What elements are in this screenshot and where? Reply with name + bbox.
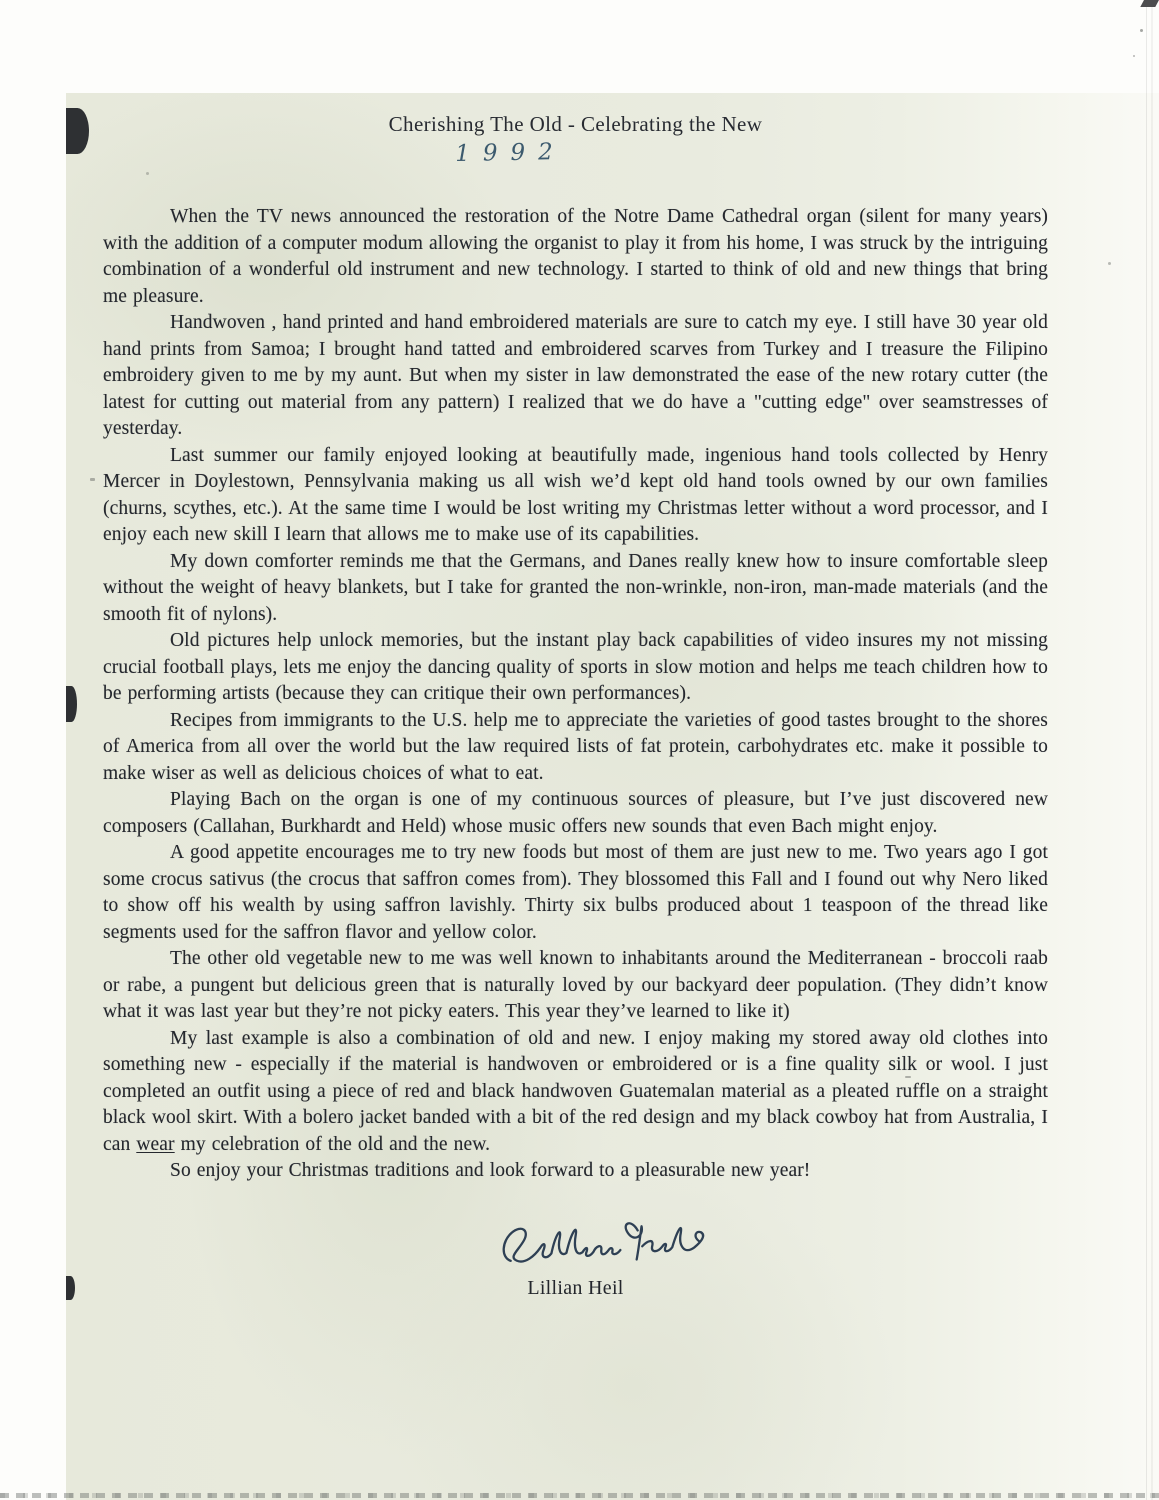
scanner-artifact-vertical-line-2 [1151, 0, 1153, 1500]
scan-speck [1108, 262, 1111, 265]
scanner-artifact-vertical-line [1146, 0, 1147, 1500]
hole-punch-mark-top [66, 108, 89, 154]
hole-punch-mark-middle [66, 686, 77, 722]
scan-speck [905, 1076, 911, 1078]
scan-speck [1140, 29, 1143, 32]
paragraph-1: When the TV news announced the restorati… [103, 204, 1048, 310]
scan-speck [1133, 55, 1135, 57]
paragraph-10: My last example is also a combination of… [103, 1026, 1048, 1159]
paragraph-8: A good appetite encourages me to try new… [103, 840, 1048, 946]
paragraph-4: My down comforter reminds me that the Ge… [103, 549, 1048, 629]
paragraph-5: Old pictures help unlock memories, but t… [103, 628, 1048, 708]
scanner-artifact-corner-mark [1140, 0, 1159, 7]
signature-ink-stroke [494, 1202, 746, 1275]
paragraph-10-post: my celebration of the old and the new. [175, 1134, 491, 1155]
paragraph-2: Handwoven , hand printed and hand embroi… [103, 310, 1048, 443]
paragraph-9: The other old vegetable new to me was we… [103, 946, 1048, 1026]
closing-line: So enjoy your Christmas traditions and l… [103, 1158, 1048, 1185]
scanner-artifact-dashed-edge [0, 1493, 1159, 1498]
paragraph-6: Recipes from immigrants to the U.S. help… [103, 708, 1048, 788]
hole-punch-mark-bottom [66, 1276, 75, 1300]
paragraph-3: Last summer our family enjoyed looking a… [103, 443, 1048, 549]
handwritten-year: 1992 [103, 133, 918, 177]
scan-speck [146, 172, 149, 175]
scanned-letter-page: Cherishing The Old - Celebrating the New… [0, 0, 1159, 1500]
underlined-word-wear: wear [136, 1134, 174, 1155]
scan-speck [90, 478, 95, 481]
handwritten-signature [147, 1190, 1094, 1289]
paragraph-7: Playing Bach on the organ is one of my c… [103, 787, 1048, 840]
letter-body: Cherishing The Old - Celebrating the New… [103, 110, 1048, 1300]
